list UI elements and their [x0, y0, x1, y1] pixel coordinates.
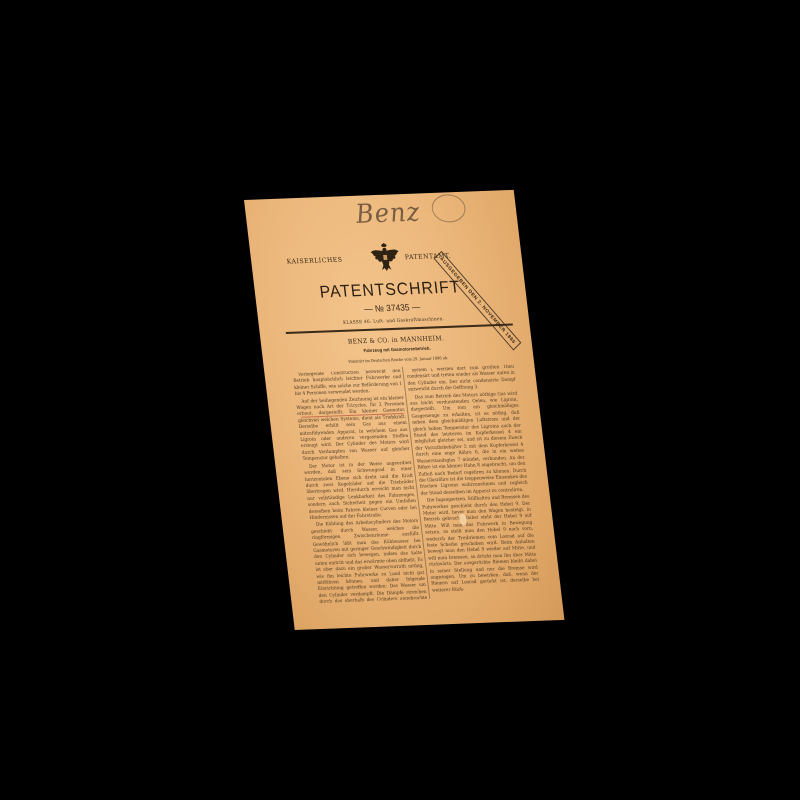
office-name-left: KAISERLICHES — [286, 256, 343, 266]
paragraph: Die Ingangsetzen, Stillhalten und Bremse… — [421, 495, 540, 595]
paragraph: Vorliegende Construction bezweckt den Be… — [292, 369, 403, 399]
paragraph: Das zum Betrieb des Motors nöthige Gas w… — [409, 391, 529, 498]
body-column-right: system i, werden dort zum größten Theil … — [406, 365, 541, 599]
photo-background: Benz AUSGEGEBEN DEN 2. NOVEMBER 1886 KAI… — [0, 0, 800, 800]
office-header: KAISERLICHES PATENTAMT. — [250, 238, 523, 278]
eagle-icon — [368, 242, 403, 273]
paragraph: system i, werden dort zum größten Theil … — [406, 365, 517, 395]
document-wrapper: Benz AUSGEGEBEN DEN 2. NOVEMBER 1886 KAI… — [244, 190, 564, 630]
patent-document: Benz AUSGEGEBEN DEN 2. NOVEMBER 1886 KAI… — [244, 190, 564, 630]
paragraph: Der Motor ist in der Weise angeordnet wo… — [303, 461, 418, 523]
paragraph: Auf der beiliegenden Zeichnung ist ein k… — [296, 396, 411, 464]
office-name-right: PATENTAMT. — [404, 251, 451, 261]
body-column-left: Vorliegende Construction bezweckt den Be… — [292, 369, 427, 603]
paragraph: Die Kühlung des Arbeitscylinders des Mot… — [310, 519, 427, 603]
